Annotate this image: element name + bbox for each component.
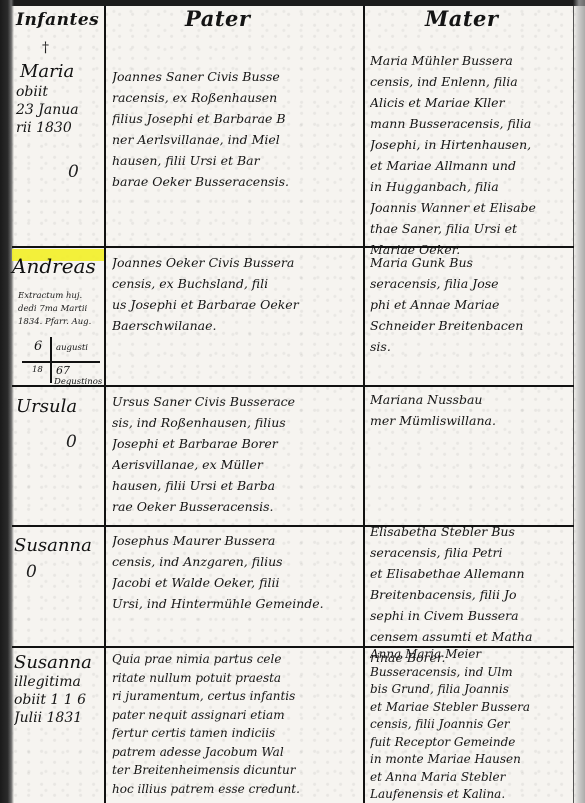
cross-icon: † <box>42 40 49 56</box>
date-cross-mark: 6 augusti 18 67 Degustinos <box>22 337 100 387</box>
date-bottom-note: Degustinos <box>54 377 102 387</box>
pater-text: Joannes Oeker Civis Bussera censis, ex B… <box>112 252 362 336</box>
date-cross-horizontal <box>22 361 100 363</box>
column-divider-infantes-pater <box>104 6 106 803</box>
header-infantes: Infantes <box>16 10 99 30</box>
mater-text: Maria Gunk Bus seracensis, filia Jose ph… <box>370 252 575 357</box>
infant-name: Maria <box>20 62 74 82</box>
date-cross-vertical <box>50 337 52 383</box>
date-day: 6 <box>34 339 42 354</box>
pater-text: Josephus Maurer Bussera censis, ind Anzg… <box>112 530 362 614</box>
mater-text: Maria Mühler Bussera censis, ind Enlenn,… <box>370 50 575 260</box>
header-pater: Pater <box>185 6 250 31</box>
infant-note: illegitima obiit 1 1 6 Julii 1831 <box>14 673 104 727</box>
mark-zero: 0 <box>26 562 37 582</box>
header-mater: Mater <box>425 6 498 31</box>
register-page: Infantes Pater Mater † Maria obiit 23 Ja… <box>0 0 585 803</box>
pater-text: Ursus Saner Civis Busserace sis, ind Roß… <box>112 391 362 517</box>
infant-name: Susanna <box>14 653 92 673</box>
pater-text: Joannes Saner Civis Busse racensis, ex R… <box>112 66 362 192</box>
mark-zero: 0 <box>66 432 77 452</box>
date-year-right: 67 <box>56 364 70 377</box>
infant-name: Susanna <box>14 536 92 556</box>
pater-text: Quia prae nimia partus cele ritate nullu… <box>112 650 362 798</box>
infant-name: Andreas <box>12 256 96 276</box>
infant-death-note: obiit 23 Janua rii 1830 <box>16 83 104 137</box>
infant-name: Ursula <box>16 397 77 417</box>
column-divider-pater-mater <box>363 6 365 803</box>
date-month: augusti <box>56 343 88 353</box>
date-year-left: 18 <box>32 365 43 375</box>
mater-text: Anna Maria Meier Busseracensis, ind Ulm … <box>370 646 575 803</box>
mark-zero: 0 <box>68 162 79 182</box>
extract-note: Extractum huj. dedi 7ma Martii 1834. Pfa… <box>18 290 104 329</box>
mater-text: Mariana Nussbau mer Mümliswillana. <box>370 389 575 431</box>
scan-left-edge <box>0 0 14 803</box>
